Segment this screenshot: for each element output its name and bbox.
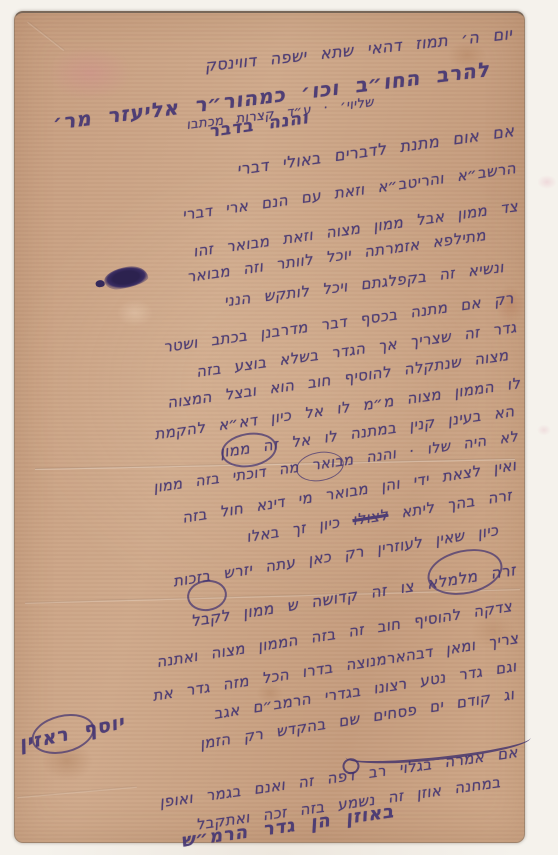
crease-line	[17, 786, 137, 798]
circled-word-oval	[423, 543, 506, 602]
scanned-postcard-image: { "document": { "kind": "Handwritten pos…	[0, 0, 558, 855]
signature-flourish-oval	[27, 708, 98, 760]
corner-crease	[27, 21, 64, 51]
strikethrough-word: לצולו	[351, 506, 389, 529]
ink-blot	[103, 264, 150, 292]
postcard: יום ה׳ תמוז דהאי שתא ישפה דווינסק להרב ה…	[14, 11, 525, 843]
line-post: כיון זך באלו	[245, 511, 354, 546]
line-pre: זרה בהך ליתא	[387, 486, 514, 523]
